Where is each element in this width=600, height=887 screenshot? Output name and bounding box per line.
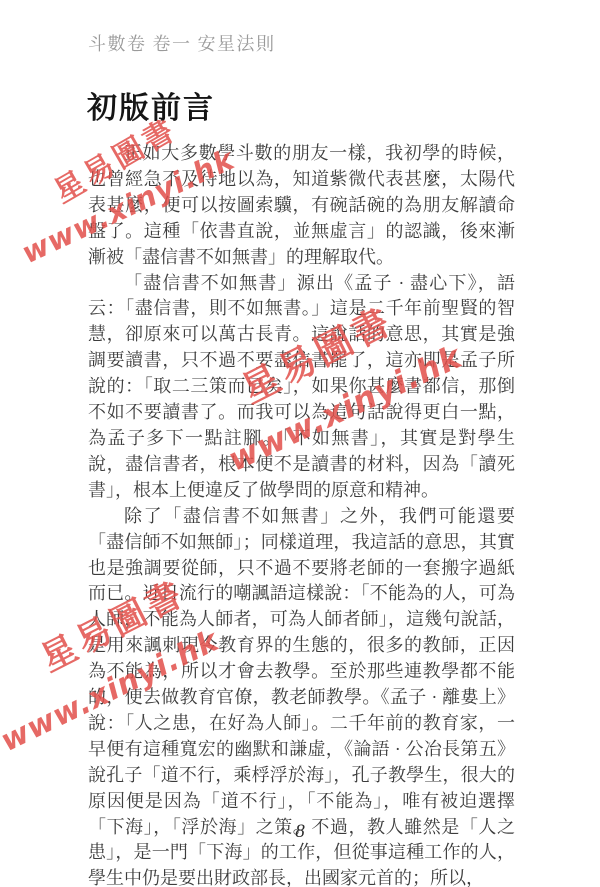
running-header: 斗數卷 卷一 安星法則	[88, 30, 276, 56]
body-text: 正如大多數學斗數的朋友一樣，我初學的時候，也曾經急不及待地以為，知道紫微代表甚麼…	[88, 141, 515, 887]
page-title: 初版前言	[87, 83, 215, 127]
paragraph-1: 正如大多數學斗數的朋友一樣，我初學的時候，也曾經急不及待地以為，知道紫微代表甚麼…	[88, 141, 515, 271]
page-number: 8	[0, 821, 600, 843]
book-page: 斗數卷 卷一 安星法則 初版前言 正如大多數學斗數的朋友一樣，我初學的時候，也曾…	[0, 0, 600, 887]
paragraph-2: 「盡信書不如無書」源出《孟子 · 盡心下》，語云：「盡信書，則不如無書。」這是二…	[88, 271, 515, 504]
